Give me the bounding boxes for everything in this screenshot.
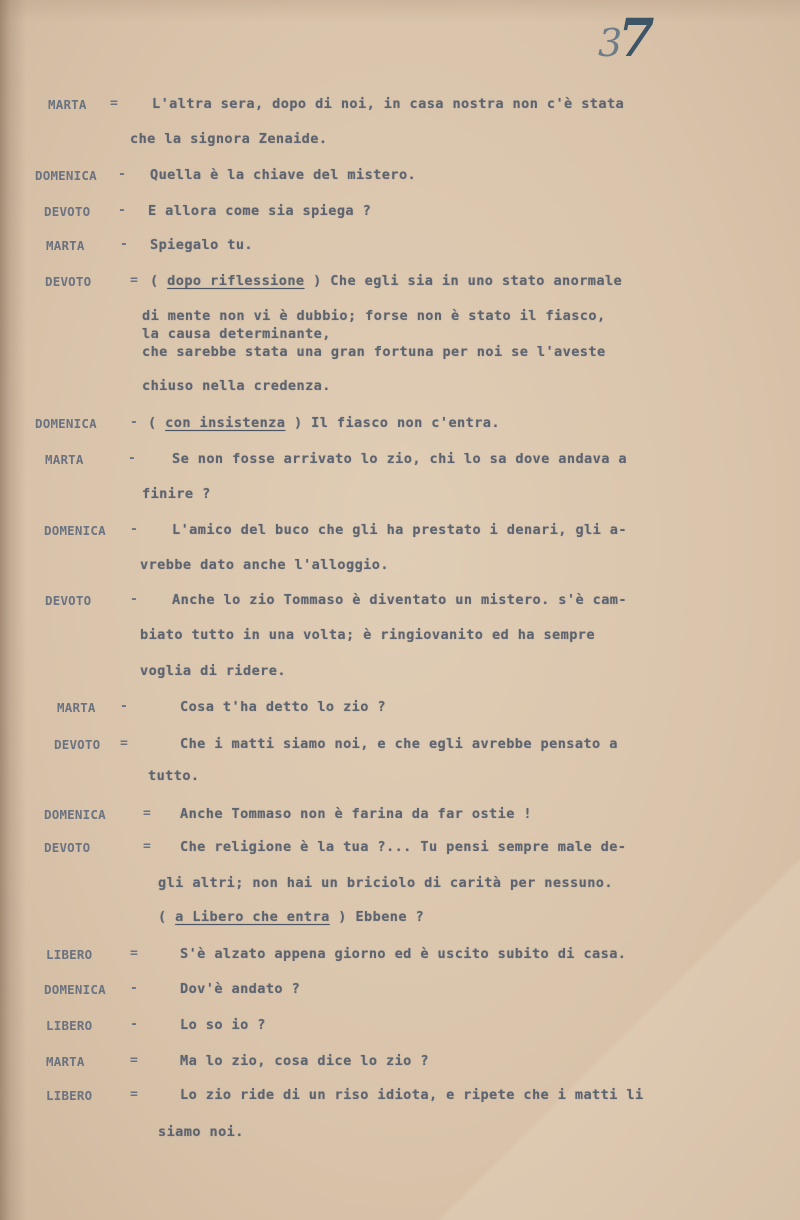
speaker-name: DOMENICA: [35, 416, 97, 431]
dialogue-text: Che i matti siamo noi, e che egli avrebb…: [180, 736, 618, 752]
dialogue-continuation: che sarebbe stata una gran fortuna per n…: [142, 344, 606, 360]
speaker-separator: -: [118, 167, 126, 182]
dialogue-continuation: ( a Libero che entra ) Ebbene ?: [158, 909, 424, 925]
speaker-separator: =: [130, 1053, 138, 1068]
stage-direction-open: (: [150, 273, 167, 289]
dialogue-continuation: voglia di ridere.: [140, 663, 286, 679]
dialogue-line: Quella è la chiave del mistero.: [150, 167, 416, 183]
speaker-separator: =: [120, 736, 128, 751]
speaker-separator: =: [130, 273, 138, 288]
dialogue-line: Lo zio ride di un riso idiota, e ripete …: [180, 1087, 644, 1103]
speaker-name: DEVOTO: [45, 274, 91, 289]
speaker-name: DEVOTO: [44, 204, 90, 219]
speaker-name: MARTA: [48, 97, 87, 112]
dialogue-text: Se non fosse arrivato lo zio, chi lo sa …: [172, 451, 627, 467]
speaker-separator: -: [130, 415, 138, 430]
dialogue-text: di mente non vi è dubbio; forse non è st…: [142, 308, 606, 324]
dialogue-continuation: tutto.: [148, 768, 200, 784]
dialogue-line: E allora come sia spiega ?: [148, 203, 371, 219]
dialogue-text: Ma lo zio, cosa dice lo zio ?: [180, 1053, 429, 1069]
speaker-name: DEVOTO: [54, 737, 100, 752]
speaker-separator: -: [130, 522, 138, 537]
speaker-separator: -: [130, 1017, 138, 1032]
dialogue-line: Dov'è andato ?: [180, 981, 300, 997]
dialogue-line: S'è alzato appena giorno ed è uscito sub…: [180, 946, 626, 962]
dialogue-line: Che i matti siamo noi, e che egli avrebb…: [180, 736, 618, 752]
dialogue-text: Che religione è la tua ?... Tu pensi sem…: [180, 839, 626, 855]
dialogue-text: biato tutto in una volta; è ringiovanito…: [140, 627, 595, 643]
speaker-name: LIBERO: [46, 1018, 92, 1033]
speaker-name: LIBERO: [46, 947, 92, 962]
dialogue-text: chiuso nella credenza.: [142, 378, 331, 394]
dialogue-line: Se non fosse arrivato lo zio, chi lo sa …: [172, 451, 627, 467]
dialogue-text: voglia di ridere.: [140, 663, 286, 679]
speaker-separator: =: [130, 946, 138, 961]
dialogue-text: L'altra sera, dopo di noi, in casa nostr…: [152, 96, 624, 112]
speaker-name: DOMENICA: [35, 168, 97, 183]
dialogue-text: ) Il fiasco non c'entra.: [285, 415, 500, 431]
speaker-separator: =: [110, 96, 118, 111]
speaker-separator: -: [130, 981, 138, 996]
dialogue-text: E allora come sia spiega ?: [148, 203, 371, 219]
dialogue-text: Spiegalo tu.: [150, 237, 253, 253]
speaker-name: DOMENICA: [44, 523, 106, 538]
dialogue-text: finire ?: [142, 486, 211, 502]
dialogue-line: Ma lo zio, cosa dice lo zio ?: [180, 1053, 429, 1069]
dialogue-line: L'altra sera, dopo di noi, in casa nostr…: [152, 96, 624, 112]
dialogue-continuation: di mente non vi è dubbio; forse non è st…: [142, 308, 606, 324]
stage-direction-open: (: [148, 415, 165, 431]
dialogue-text: che la signora Zenaide.: [130, 131, 327, 147]
dialogue-text: Anche lo zio Tommaso è diventato un mist…: [172, 592, 627, 608]
dialogue-continuation: che la signora Zenaide.: [130, 131, 327, 147]
speaker-separator: =: [143, 806, 151, 821]
speaker-name: MARTA: [57, 700, 96, 715]
dialogue-text: siamo noi.: [158, 1124, 244, 1140]
dialogue-line: Anche Tommaso non è farina da far ostie …: [180, 806, 532, 822]
dialogue-text: L'amico del buco che gli ha prestato i d…: [172, 522, 627, 538]
speaker-separator: -: [128, 451, 136, 466]
dialogue-line: Che religione è la tua ?... Tu pensi sem…: [180, 839, 626, 855]
dialogue-text: che sarebbe stata una gran fortuna per n…: [142, 344, 606, 360]
dialogue-continuation: siamo noi.: [158, 1124, 244, 1140]
dialogue-continuation: vrebbe dato anche l'alloggio.: [140, 557, 389, 573]
stage-direction: dopo riflessione: [167, 273, 304, 289]
dialogue-text: la causa determinante,: [142, 326, 331, 342]
dialogue-text: S'è alzato appena giorno ed è uscito sub…: [180, 946, 626, 962]
dialogue-text: Dov'è andato ?: [180, 981, 300, 997]
dialogue-continuation: la causa determinante,: [142, 326, 331, 342]
dialogue-text: Anche Tommaso non è farina da far ostie …: [180, 806, 532, 822]
dialogue-text: Quella è la chiave del mistero.: [150, 167, 416, 183]
dialogue-continuation: gli altri; non hai un briciolo di carità…: [158, 875, 613, 891]
speaker-name: DEVOTO: [45, 593, 91, 608]
speaker-name: DOMENICA: [44, 982, 106, 997]
dialogue-text: gli altri; non hai un briciolo di carità…: [158, 875, 613, 891]
dialogue-text: tutto.: [148, 768, 200, 784]
stage-direction-open: (: [158, 909, 175, 925]
speaker-separator: =: [143, 839, 151, 854]
speaker-separator: -: [120, 699, 128, 714]
dialogue-line: Cosa t'ha detto lo zio ?: [180, 699, 386, 715]
dialogue-continuation: finire ?: [142, 486, 211, 502]
speaker-separator: -: [130, 592, 138, 607]
dialogue-continuation: chiuso nella credenza.: [142, 378, 331, 394]
speaker-separator: =: [130, 1087, 138, 1102]
stage-direction: a Libero che entra: [175, 909, 330, 925]
handwritten-page-number: 37: [598, 8, 650, 69]
typewritten-page: 37 MARTA=L'altra sera, dopo di noi, in c…: [0, 0, 800, 1220]
dialogue-text: ) Ebbene ?: [330, 909, 424, 925]
speaker-name: LIBERO: [46, 1088, 92, 1103]
speaker-name: DEVOTO: [44, 840, 90, 855]
dialogue-line: ( dopo riflessione ) Che egli sia in uno…: [150, 273, 622, 289]
speaker-name: DOMENICA: [44, 807, 106, 822]
dialogue-line: Lo so io ?: [180, 1017, 266, 1033]
dialogue-text: Lo zio ride di un riso idiota, e ripete …: [180, 1087, 644, 1103]
dialogue-line: Spiegalo tu.: [150, 237, 253, 253]
speaker-separator: -: [120, 237, 128, 252]
dialogue-line: ( con insistenza ) Il fiasco non c'entra…: [148, 415, 500, 431]
speaker-name: MARTA: [45, 452, 84, 467]
speaker-name: MARTA: [46, 238, 85, 253]
dialogue-continuation: biato tutto in una volta; è ringiovanito…: [140, 627, 595, 643]
dialogue-line: L'amico del buco che gli ha prestato i d…: [172, 522, 627, 538]
stage-direction: con insistenza: [165, 415, 285, 431]
speaker-separator: -: [118, 203, 126, 218]
dialogue-line: Anche lo zio Tommaso è diventato un mist…: [172, 592, 627, 608]
dialogue-text: Cosa t'ha detto lo zio ?: [180, 699, 386, 715]
dialogue-text: Lo so io ?: [180, 1017, 266, 1033]
speaker-name: MARTA: [46, 1054, 85, 1069]
dialogue-text: ) Che egli sia in uno stato anormale: [305, 273, 623, 289]
dialogue-text: vrebbe dato anche l'alloggio.: [140, 557, 389, 573]
